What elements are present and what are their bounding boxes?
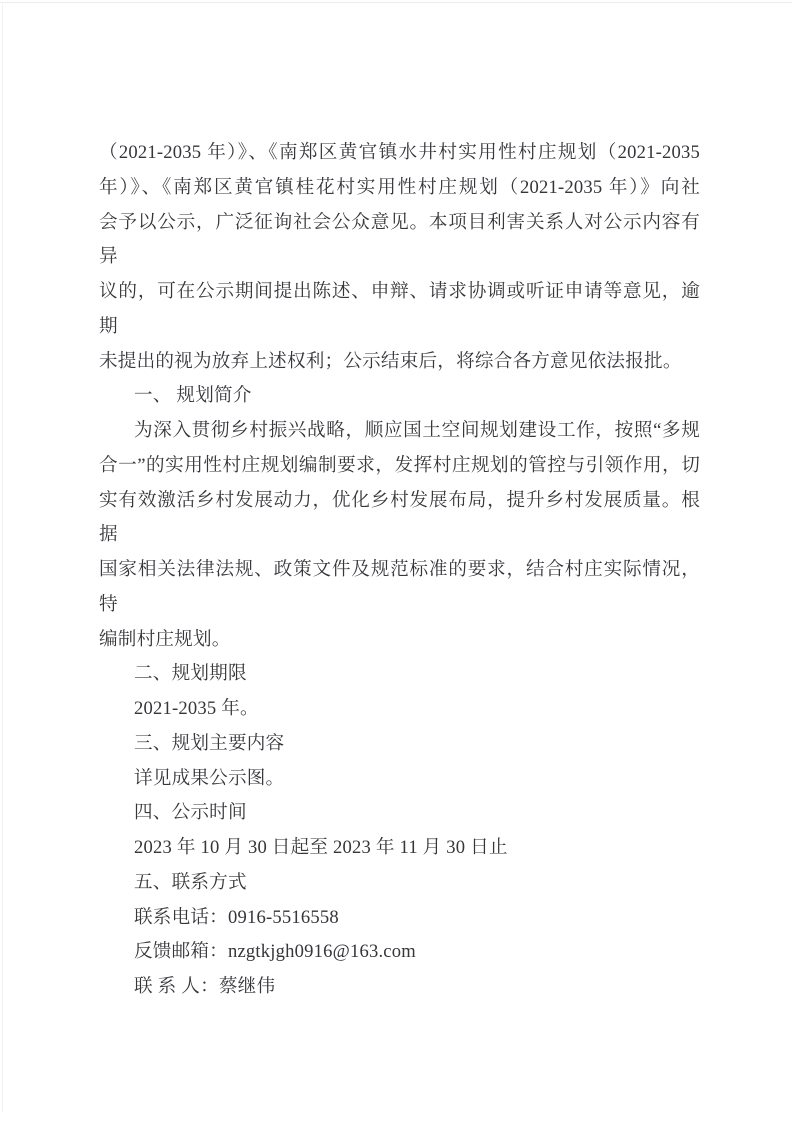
publicity-period-line: 2023 年 10 月 30 日起至 2023 年 11 月 30 日止 <box>99 831 700 866</box>
section-1-text-line: 为深入贯彻乡村振兴战略，顺应国土空间规划建设工作，按照“多规 <box>99 414 700 449</box>
section-3-heading: 三、规划主要内容 <box>99 727 700 762</box>
document-body: （2021-2035 年）》、《南郑区黄官镇水井村实用性村庄规划（2021-20… <box>99 136 700 1005</box>
contact-email-line: 反馈邮箱：nzgtkjgh0916@163.com <box>99 935 700 970</box>
intro-paragraph-line: 议的，可在公示期间提出陈述、申辩、请求协调或听证申请等意见，逾期 <box>99 275 700 345</box>
section-1-heading: 一、 规划简介 <box>99 379 700 414</box>
section-1-text-line: 国家相关法律法规、政策文件及规范标准的要求，结合村庄实际情况，特 <box>99 553 700 623</box>
section-4-heading: 四、公示时间 <box>99 796 700 831</box>
section-2-heading: 二、规划期限 <box>99 657 700 692</box>
intro-paragraph-line: （2021-2035 年）》、《南郑区黄官镇水井村实用性村庄规划（2021-20… <box>99 136 700 171</box>
planning-period-line: 2021-2035 年。 <box>99 692 700 727</box>
section-1-text-line: 编制村庄规划。 <box>99 623 700 658</box>
page-edge-left <box>2 2 3 1112</box>
section-1-text-line: 合一”的实用性村庄规划编制要求，发挥村庄规划的管控与引领作用，切 <box>99 449 700 484</box>
intro-paragraph-line: 年）》、《南郑区黄官镇桂花村实用性村庄规划（2021-2035 年）》向社 <box>99 171 700 206</box>
section-3-text-line: 详见成果公示图。 <box>99 762 700 797</box>
section-5-heading: 五、联系方式 <box>99 866 700 901</box>
page-edge-top <box>0 2 792 3</box>
intro-paragraph-line: 未提出的视为放弃上述权利；公示结束后，将综合各方意见依法报批。 <box>99 345 700 380</box>
document-page: （2021-2035 年）》、《南郑区黄官镇水井村实用性村庄规划（2021-20… <box>0 0 792 1121</box>
contact-person-line: 联 系 人：蔡继伟 <box>99 970 700 1005</box>
intro-paragraph-line: 会予以公示，广泛征询社会公众意见。本项目利害关系人对公示内容有异 <box>99 206 700 276</box>
contact-phone-line: 联系电话：0916-5516558 <box>99 901 700 936</box>
section-1-text-line: 实有效激活乡村发展动力，优化乡村发展布局，提升乡村发展质量。根据 <box>99 484 700 554</box>
